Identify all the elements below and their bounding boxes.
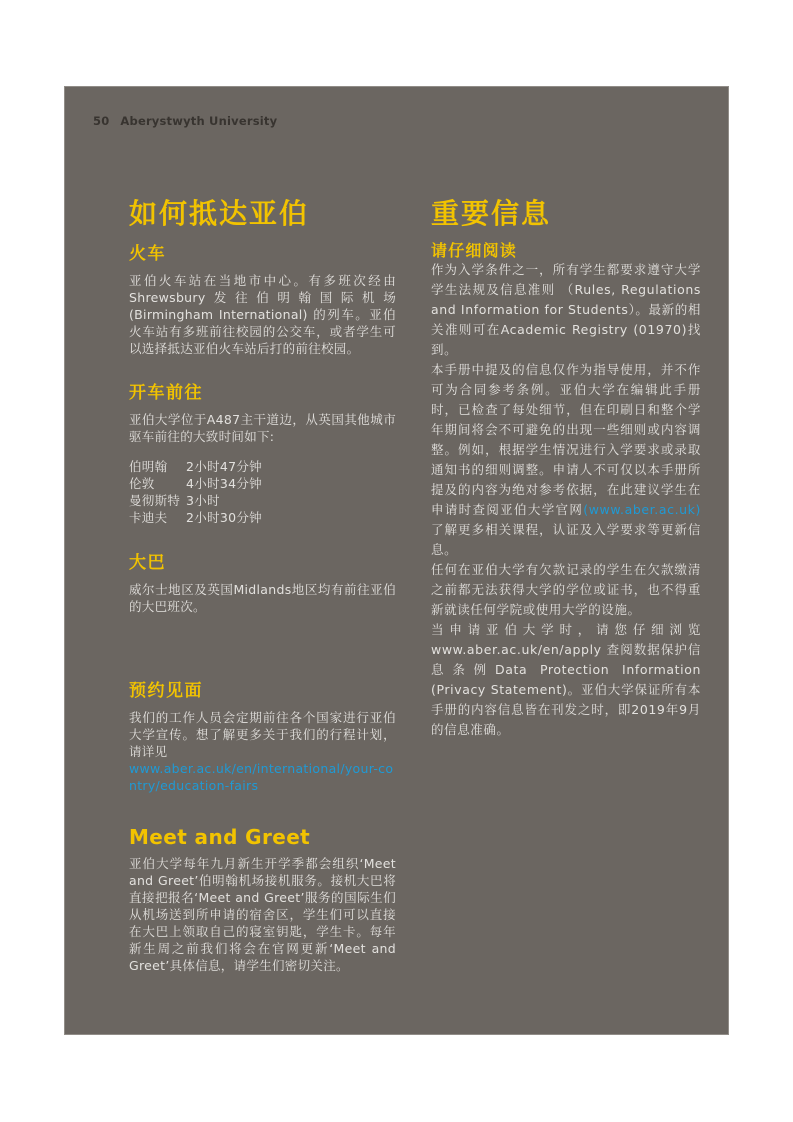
section-bus: 大巴 威尔士地区及英国Midlands地区均有前往亚伯的大巴班次。 [129, 553, 396, 615]
page: 50Aberystwyth University 如何抵达亚伯 火车 亚伯火车站… [0, 0, 793, 1122]
bus-heading: 大巴 [129, 553, 396, 573]
drive-city: 曼彻斯特 [129, 492, 186, 509]
drive-heading: 开车前往 [129, 383, 396, 403]
rules-paragraph: 作为入学条件之一，所有学生都要求遵守大学学生法规及信息准则 （Rules, Re… [431, 260, 701, 360]
section-train: 火车 亚伯火车站在当地市中心。有多班次经由Shrewsbury发往伯明翰国际机场… [129, 244, 396, 357]
section-meet-greet: Meet and Greet 亚伯大学每年九月新生开学季都会组织‘Meet an… [129, 825, 396, 974]
page-header: 50Aberystwyth University [65, 87, 728, 128]
guidance-paragraph: 本手册中提及的信息仅作为指导使用，并不作可为合同参考条例。亚伯大学在编辑此手册时… [431, 360, 701, 560]
drive-time-row: 伦敦 4小时34分钟 [129, 475, 396, 492]
train-paragraph: 亚伯火车站在当地市中心。有多班次经由Shrewsbury发往伯明翰国际机场 (B… [129, 272, 396, 357]
drive-time-row: 卡迪夫 2小时30分钟 [129, 509, 396, 526]
page-number: 50 [93, 114, 109, 128]
drive-paragraph: 亚伯大学位于A487主干道边，从英国其他城市驱车前往的大致时间如下: [129, 411, 396, 445]
fairs-paragraph: 我们的工作人员会定期前往各个国家进行亚伯大学宣传。想了解更多关于我们的行程计划，… [129, 709, 396, 760]
drive-duration: 2小时30分钟 [186, 509, 262, 526]
drive-city: 伯明翰 [129, 458, 186, 475]
left-title: 如何抵达亚伯 [129, 198, 396, 230]
drive-duration: 4小时34分钟 [186, 475, 262, 492]
left-column: 如何抵达亚伯 火车 亚伯火车站在当地市中心。有多班次经由Shrewsbury发往… [129, 198, 396, 974]
privacy-paragraph: 当申请亚伯大学时，请您仔细浏览www.aber.ac.uk/en/apply 查… [431, 620, 701, 740]
bus-paragraph: 威尔士地区及英国Midlands地区均有前往亚伯的大巴班次。 [129, 581, 396, 615]
aber-website-link[interactable]: (www.aber.ac.uk) [583, 502, 701, 517]
education-fairs-link[interactable]: www.aber.ac.uk/en/international/your-con… [129, 760, 396, 794]
drive-city: 伦敦 [129, 475, 186, 492]
brand-name: Aberystwyth University [120, 114, 277, 128]
right-column: 重要信息 请仔细阅读 作为入学条件之一，所有学生都要求遵守大学学生法规及信息准则… [431, 198, 701, 974]
section-fairs: 预约见面 我们的工作人员会定期前往各个国家进行亚伯大学宣传。想了解更多关于我们的… [129, 681, 396, 794]
drive-times-list: 伯明翰 2小时47分钟 伦敦 4小时34分钟 曼彻斯特 3小时 卡迪夫 [129, 458, 396, 526]
drive-duration: 3小时 [186, 492, 220, 509]
guidance-text-before: 本手册中提及的信息仅作为指导使用，并不作可为合同参考条例。亚伯大学在编辑此手册时… [431, 362, 701, 517]
drive-time-row: 伯明翰 2小时47分钟 [129, 458, 396, 475]
train-heading: 火车 [129, 244, 396, 264]
content-columns: 如何抵达亚伯 火车 亚伯火车站在当地市中心。有多班次经由Shrewsbury发往… [65, 198, 728, 974]
drive-city: 卡迪夫 [129, 509, 186, 526]
debt-paragraph: 任何在亚伯大学有欠款记录的学生在欠款缴清之前都无法获得大学的学位或证书，也不得重… [431, 560, 701, 620]
section-drive: 开车前往 亚伯大学位于A487主干道边，从英国其他城市驱车前往的大致时间如下: … [129, 383, 396, 526]
meet-greet-heading: Meet and Greet [129, 825, 396, 849]
drive-duration: 2小时47分钟 [186, 458, 262, 475]
fairs-heading: 预约见面 [129, 681, 396, 701]
guidance-text-after: 了解更多相关课程，认证及入学要求等更新信息。 [431, 522, 701, 557]
drive-time-row: 曼彻斯特 3小时 [129, 492, 396, 509]
content-panel: 50Aberystwyth University 如何抵达亚伯 火车 亚伯火车站… [64, 86, 729, 1035]
meet-greet-paragraph: 亚伯大学每年九月新生开学季都会组织‘Meet and Greet’伯明翰机场接机… [129, 855, 396, 974]
right-subtitle: 请仔细阅读 [431, 241, 701, 260]
right-title: 重要信息 [431, 198, 701, 230]
